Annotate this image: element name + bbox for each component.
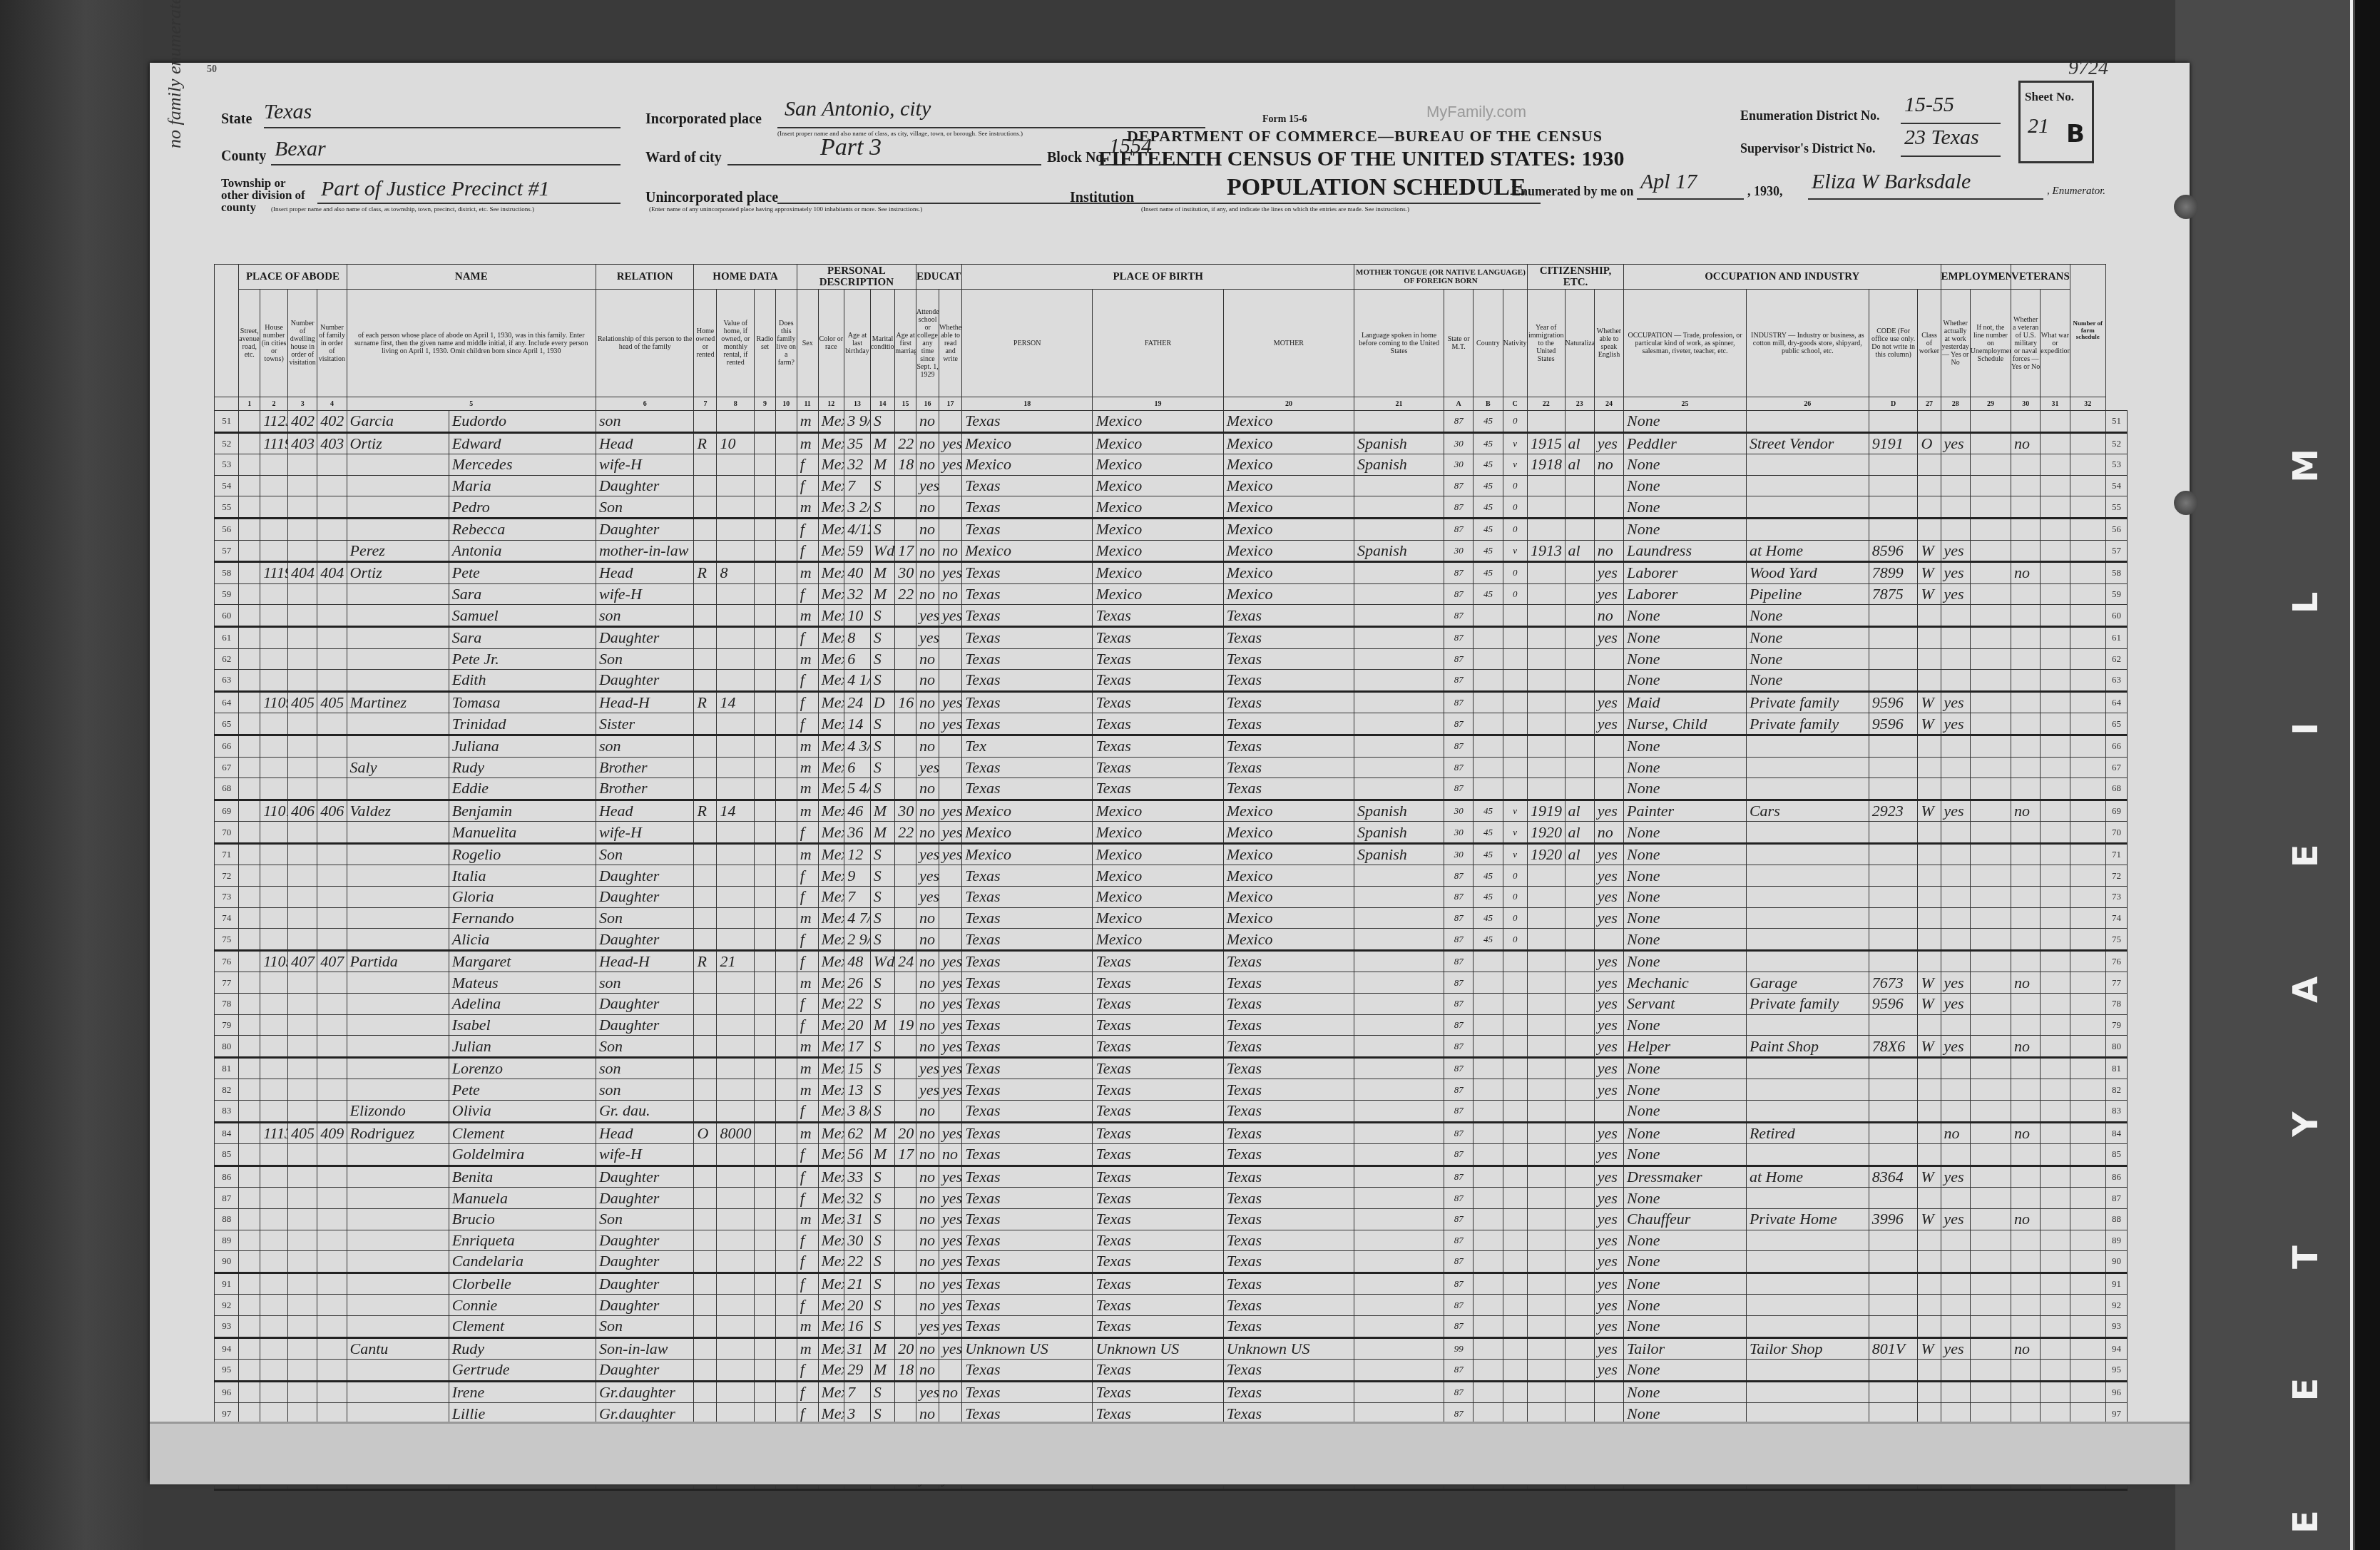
- cell-read: yes: [939, 1036, 962, 1058]
- cell-value: [717, 626, 755, 648]
- cell-b-person: Texas: [962, 907, 1093, 929]
- cell-family: [317, 907, 347, 929]
- cell-vet: [2011, 950, 2041, 972]
- line-number-right: 99: [2105, 1447, 2127, 1468]
- line-number: 56: [215, 518, 239, 540]
- cell-radio: [755, 735, 776, 757]
- cell-house: 1109: [260, 691, 288, 713]
- cell-first-marr: [895, 626, 916, 648]
- line-number: 72: [215, 865, 239, 887]
- cell-occupation: None: [1624, 1315, 1747, 1337]
- cell-house: [260, 648, 288, 670]
- cell-dwelling: [288, 994, 317, 1015]
- cell-english: yes: [1594, 1079, 1623, 1101]
- cell-house: [260, 1273, 288, 1295]
- cell-vet: [2011, 929, 2041, 951]
- cell-war: [2041, 822, 2070, 844]
- column-number: 22: [1527, 397, 1565, 411]
- cell-farm: [775, 1014, 797, 1036]
- line-number-right: 56: [2105, 518, 2127, 540]
- cell-read: [939, 670, 962, 692]
- watermark: MyFamily.com: [1426, 103, 1526, 121]
- cell-cC: [1503, 670, 1527, 692]
- enumerated-date: Apl 17: [1640, 170, 1697, 194]
- entries-b: Cols. 21, 22, and 23—For all foreign-bor…: [1954, 1431, 2154, 1463]
- cell-b-mother: Texas: [1223, 1403, 1354, 1425]
- cell-read: no: [939, 1144, 962, 1166]
- cell-tongue: [1354, 1166, 1444, 1188]
- cell-given: Margaret: [449, 950, 596, 972]
- cell-age: 4/12: [844, 518, 871, 540]
- cell-b-father: Mexico: [1093, 562, 1223, 584]
- cell-cC: [1503, 1381, 1527, 1403]
- cell-given: Enriqueta: [449, 1230, 596, 1251]
- cell-b-father: Texas: [1093, 950, 1223, 972]
- cell-cB: [1474, 605, 1503, 627]
- cell-b-mother: Texas: [1223, 713, 1354, 735]
- cell-work: [1941, 822, 1970, 844]
- cell-vet: [2011, 1014, 2041, 1036]
- cell-first-marr: 17: [895, 540, 916, 562]
- cell-work: yes: [1941, 540, 1970, 562]
- line-number: 61: [215, 626, 239, 648]
- cell-unemp: [1970, 1036, 2011, 1058]
- cell-cC: [1503, 1101, 1527, 1123]
- cell-race: Mex: [818, 562, 844, 584]
- cell-war: [2041, 1122, 2070, 1144]
- cell-occupation: None: [1624, 1360, 1747, 1382]
- cell-farm: [775, 1188, 797, 1209]
- cell-first-marr: 16: [895, 691, 916, 713]
- cell-surname: [347, 1036, 449, 1058]
- cell-cC: [1503, 1166, 1527, 1188]
- cell-nat: [1565, 1057, 1594, 1079]
- cell-b-father: Texas: [1093, 994, 1223, 1015]
- cell-work: yes: [1941, 1036, 1970, 1058]
- cell-age: 15: [844, 1057, 871, 1079]
- cell-given: Ruben: [449, 1468, 596, 1490]
- cell-cB: [1474, 1230, 1503, 1251]
- cell-code-d: [1869, 735, 1918, 757]
- cell-race: Mex: [818, 1188, 844, 1209]
- cell-family: [317, 1447, 347, 1468]
- cell-given: Edward: [449, 432, 596, 454]
- cell-cC: [1503, 1122, 1527, 1144]
- cell-read: [939, 626, 962, 648]
- cell-sex: m: [797, 496, 818, 519]
- cell-age: 62: [844, 1122, 871, 1144]
- cell-tongue: [1354, 757, 1444, 778]
- column-number: 23: [1565, 397, 1594, 411]
- cell-vet: [2011, 1166, 2041, 1188]
- township-hint: (Insert proper name and also name of cla…: [271, 205, 534, 213]
- cell-street: [239, 1403, 260, 1425]
- cell-code-d: 8364: [1869, 1166, 1918, 1188]
- footer-col11: Col. 11—Male ... M Female ... F: [613, 1464, 706, 1472]
- cell-occupation: None: [1624, 648, 1747, 670]
- cell-occupation: None: [1624, 929, 1747, 951]
- column-number: 15: [895, 397, 916, 411]
- cell-cC: v: [1503, 432, 1527, 454]
- cell-cls: W: [1918, 972, 1941, 994]
- cell-unemp: [1970, 950, 2011, 972]
- cell-cB: [1474, 1208, 1503, 1230]
- line-number: 86: [215, 1166, 239, 1188]
- cell-cB: [1474, 1315, 1503, 1337]
- cell-dwelling: [288, 735, 317, 757]
- cell-family: [317, 518, 347, 540]
- cell-surname: [347, 605, 449, 627]
- cell-radio: [755, 1036, 776, 1058]
- cell-value: [717, 1166, 755, 1188]
- cell-value: [717, 994, 755, 1015]
- cell-marital: S: [870, 843, 894, 865]
- cell-occupation: None: [1624, 778, 1747, 800]
- cell-own: [694, 540, 717, 562]
- cell-tongue: [1354, 865, 1444, 887]
- cell-marital: S: [870, 518, 894, 540]
- line-number-right: 52: [2105, 432, 2127, 454]
- cell-cA: 87: [1444, 1036, 1474, 1058]
- cell-sex: f: [797, 1403, 818, 1425]
- cell-radio: [755, 1166, 776, 1188]
- column-number: 16: [916, 397, 939, 411]
- cell-cB: [1474, 1251, 1503, 1273]
- cell-work: yes: [1941, 1337, 1970, 1360]
- cell-relation: Gr.daughter: [596, 1381, 693, 1403]
- column-number: 19: [1093, 397, 1223, 411]
- cell-vet: no: [2011, 800, 2041, 822]
- cell-read: yes: [939, 1014, 962, 1036]
- cell-b-person: Texas: [962, 1403, 1093, 1425]
- cell-farm: [775, 1403, 797, 1425]
- cell-english: no: [1594, 454, 1623, 476]
- cell-cls: [1918, 1057, 1941, 1079]
- cell-nat: [1565, 1381, 1594, 1403]
- cell-school: yes: [916, 1468, 939, 1490]
- column-number: 17: [939, 397, 962, 411]
- cell-value: [717, 1315, 755, 1337]
- cell-dwelling: [288, 843, 317, 865]
- cell-b-father: Texas: [1093, 1424, 1223, 1447]
- cell-english: yes: [1594, 1208, 1623, 1230]
- line-number-right: 58: [2105, 562, 2127, 584]
- cell-cls: [1918, 1403, 1941, 1425]
- col-street: Street, avenue, road, etc.: [239, 290, 260, 397]
- cell-dwelling: [288, 1273, 317, 1295]
- cell-b-father: Texas: [1093, 626, 1223, 648]
- cell-nat: [1565, 865, 1594, 887]
- cell-industry: [1746, 411, 1869, 433]
- cell-race: Mex: [818, 1036, 844, 1058]
- cell-cB: [1474, 1403, 1503, 1425]
- cell-marital: Wd: [870, 950, 894, 972]
- cell-cls: [1918, 1188, 1941, 1209]
- col-owned: Home owned or rented: [694, 290, 717, 397]
- cell-war: [2041, 713, 2070, 735]
- cell-value: [717, 972, 755, 994]
- cell-value: 8: [717, 562, 755, 584]
- cell-unemp: [1970, 1057, 2011, 1079]
- cell-marital: S: [870, 1036, 894, 1058]
- cell-imm: [1527, 411, 1565, 433]
- cell-vet: no: [2011, 432, 2041, 454]
- cell-read: no: [939, 540, 962, 562]
- cell-nat: [1565, 583, 1594, 605]
- table-row: 75AliciaDaughterfMex2 9/12SnoTexasMexico…: [215, 929, 2128, 951]
- cell-relation: Son: [596, 907, 693, 929]
- cell-b-mother: Texas: [1223, 626, 1354, 648]
- cell-sex: f: [797, 670, 818, 692]
- line-number: 53: [215, 454, 239, 476]
- cell-farm-no: [2070, 1403, 2105, 1425]
- cell-value: [717, 1144, 755, 1166]
- cell-value: [717, 865, 755, 887]
- cell-surname: Valdez: [347, 800, 449, 822]
- cell-farm-no: [2070, 713, 2105, 735]
- line-number-right: 87: [2105, 1188, 2127, 1209]
- cell-unemp: [1970, 865, 2011, 887]
- cell-b-father: Mexico: [1093, 929, 1223, 951]
- cell-nat: [1565, 1101, 1594, 1123]
- cell-radio: [755, 800, 776, 822]
- printer-mark: 11—8907 U.S. GOVERNMENT PRINTING OFFICE: [1105, 1472, 1319, 1479]
- cell-b-mother: Texas: [1223, 1014, 1354, 1036]
- cell-cB: [1474, 1036, 1503, 1058]
- cell-family: [317, 1381, 347, 1403]
- cell-street: [239, 843, 260, 865]
- cell-industry: [1746, 929, 1869, 951]
- cell-vet: [2011, 1295, 2041, 1316]
- line-number-right: 51: [2105, 411, 2127, 433]
- cell-b-father: Mexico: [1093, 518, 1223, 540]
- cell-industry: [1746, 1101, 1869, 1123]
- cell-cB: [1474, 1447, 1503, 1468]
- sheet-side: B: [2066, 120, 2085, 148]
- table-row: 56RebeccaDaughterfMex4/12SnoTexasMexicoM…: [215, 518, 2128, 540]
- cell-farm: [775, 562, 797, 584]
- cell-given: Juliana: [449, 735, 596, 757]
- cell-farm-no: [2070, 1360, 2105, 1382]
- cell-industry: [1746, 1014, 1869, 1036]
- cell-house: [260, 865, 288, 887]
- cell-first-marr: 20: [895, 1122, 916, 1144]
- cell-cB: [1474, 1188, 1503, 1209]
- film-margin-right: [2175, 0, 2380, 1550]
- cell-cls: [1918, 1295, 1941, 1316]
- cell-surname: [347, 1360, 449, 1382]
- cell-occupation: None: [1624, 518, 1747, 540]
- table-row: 79IsabelDaughterfMex20M19noyesTexasTexas…: [215, 1014, 2128, 1036]
- cell-dwelling: [288, 778, 317, 800]
- cell-school: no: [916, 713, 939, 735]
- cell-occupation: None: [1624, 757, 1747, 778]
- cell-cB: 45: [1474, 800, 1503, 822]
- cell-dwelling: 404: [288, 562, 317, 584]
- table-row: 99PabloGrandsonmMex13SyesyesTexasTexasTe…: [215, 1447, 2128, 1468]
- cell-war: [2041, 1315, 2070, 1337]
- cell-nat: [1565, 994, 1594, 1015]
- cell-race: Mex: [818, 432, 844, 454]
- cell-read: [939, 887, 962, 908]
- cell-first-marr: 22: [895, 583, 916, 605]
- cell-street: [239, 454, 260, 476]
- cell-surname: [347, 1057, 449, 1079]
- cell-cB: [1474, 1360, 1503, 1382]
- column-number: 25: [1624, 397, 1747, 411]
- col-farm-schedule: Number of farm schedule: [2070, 265, 2105, 397]
- cell-vet: [2011, 1188, 2041, 1209]
- cell-war: [2041, 518, 2070, 540]
- cell-b-father: Texas: [1093, 605, 1223, 627]
- cell-house: [260, 518, 288, 540]
- cell-read: [939, 757, 962, 778]
- table-row: 94CantuRudySon-in-lawmMex31M20noyesUnkno…: [215, 1337, 2128, 1360]
- cell-cls: [1918, 1122, 1941, 1144]
- cell-b-mother: Texas: [1223, 1251, 1354, 1273]
- cell-race: Mex: [818, 1424, 844, 1447]
- cell-house: [260, 843, 288, 865]
- cell-industry: None: [1746, 626, 1869, 648]
- cell-b-mother: Texas: [1223, 1101, 1354, 1123]
- cell-school: no: [916, 583, 939, 605]
- cell-unemp: [1970, 907, 2011, 929]
- cell-imm: [1527, 1315, 1565, 1337]
- cell-first-marr: [895, 1101, 916, 1123]
- cell-code-d: 3996: [1869, 1208, 1918, 1230]
- cell-industry: Retired: [1746, 1122, 1869, 1144]
- cell-first-marr: 30: [895, 800, 916, 822]
- cell-street: [239, 1424, 260, 1447]
- cell-cB: [1474, 1122, 1503, 1144]
- column-number: 8: [717, 397, 755, 411]
- cell-radio: [755, 1144, 776, 1166]
- cell-family: [317, 1188, 347, 1209]
- cell-b-father: Mexico: [1093, 907, 1223, 929]
- cell-farm-no: [2070, 1337, 2105, 1360]
- cell-first-marr: [895, 1447, 916, 1468]
- cell-marital: S: [870, 1230, 894, 1251]
- cell-industry: Paint Shop: [1746, 1036, 1869, 1058]
- cell-vet: [2011, 540, 2041, 562]
- cell-school: no: [916, 670, 939, 692]
- cell-unemp: [1970, 1424, 2011, 1447]
- cell-relation: Daughter: [596, 994, 693, 1015]
- cell-sex: m: [797, 735, 818, 757]
- cell-surname: [347, 1447, 449, 1468]
- cell-industry: [1746, 950, 1869, 972]
- cell-first-marr: [895, 1295, 916, 1316]
- cell-vet: [2011, 1381, 2041, 1403]
- cell-farm: [775, 1144, 797, 1166]
- cell-farm-no: [2070, 865, 2105, 887]
- cell-house: [260, 822, 288, 844]
- cell-own: [694, 907, 717, 929]
- cell-race: Mex: [818, 1101, 844, 1123]
- cell-industry: [1746, 1079, 1869, 1101]
- cell-farm: [775, 454, 797, 476]
- cell-dwelling: [288, 518, 317, 540]
- col-industry: INDUSTRY — Industry or business, as cott…: [1746, 290, 1869, 397]
- cell-imm: [1527, 1447, 1565, 1468]
- column-number: 20: [1223, 397, 1354, 411]
- cell-b-person: Texas: [962, 1036, 1093, 1058]
- cell-nat: [1565, 1468, 1594, 1490]
- cell-cB: 45: [1474, 822, 1503, 844]
- cell-surname: [347, 713, 449, 735]
- line-number: 84: [215, 1122, 239, 1144]
- cell-cls: [1918, 454, 1941, 476]
- footer-col14: Col. 14—Single ... S Married ... M Widow…: [909, 1431, 1009, 1447]
- cell-first-marr: 17: [895, 1144, 916, 1166]
- cell-family: [317, 1208, 347, 1230]
- cell-age: 13: [844, 1079, 871, 1101]
- cell-radio: [755, 518, 776, 540]
- line-number: 95: [215, 1360, 239, 1382]
- cell-value: [717, 583, 755, 605]
- cell-race: Mex: [818, 972, 844, 994]
- cell-cls: [1918, 887, 1941, 908]
- cell-family: [317, 454, 347, 476]
- cell-relation: Gr. dau.: [596, 1101, 693, 1123]
- cell-house: [260, 1144, 288, 1166]
- punch-hole: [2174, 491, 2198, 515]
- table-row: 81LorenzosonmMex15SyesyesTexasTexasTexas…: [215, 1057, 2128, 1079]
- cell-industry: None: [1746, 670, 1869, 692]
- footer-col27: Col. 27—Employer ... E Wage or salary wo…: [1123, 1431, 1287, 1455]
- cell-industry: [1746, 454, 1869, 476]
- line-number-right: 82: [2105, 1079, 2127, 1101]
- cell-cls: W: [1918, 713, 1941, 735]
- cell-value: [717, 1295, 755, 1316]
- cell-radio: [755, 1468, 776, 1490]
- col-race: Color or race: [818, 290, 844, 397]
- cell-vet: no: [2011, 562, 2041, 584]
- cell-given: Eddie: [449, 778, 596, 800]
- cell-read: [939, 648, 962, 670]
- cell-house: [260, 735, 288, 757]
- cell-cls: [1918, 1144, 1941, 1166]
- cell-b-father: Texas: [1093, 1101, 1223, 1123]
- cell-age: 31: [844, 1208, 871, 1230]
- cell-house: [260, 626, 288, 648]
- cell-farm-no: [2070, 518, 2105, 540]
- cell-dwelling: [288, 1360, 317, 1382]
- cell-family: [317, 583, 347, 605]
- cell-nat: [1565, 1337, 1594, 1360]
- cell-code-d: 9596: [1869, 713, 1918, 735]
- cell-own: [694, 648, 717, 670]
- cell-given: Manuela: [449, 1188, 596, 1209]
- cell-farm-no: [2070, 757, 2105, 778]
- cell-nat: [1565, 1315, 1594, 1337]
- cell-farm: [775, 972, 797, 994]
- col-birth-mother: MOTHER: [1223, 290, 1354, 397]
- cell-race: Mex: [818, 583, 844, 605]
- cell-nat: [1565, 1424, 1594, 1447]
- cell-radio: [755, 843, 776, 865]
- cell-cls: [1918, 496, 1941, 519]
- cell-dwelling: [288, 757, 317, 778]
- cell-first-marr: [895, 1315, 916, 1337]
- cell-cA: 30: [1444, 540, 1474, 562]
- cell-english: yes: [1594, 887, 1623, 908]
- cell-race: Mex: [818, 907, 844, 929]
- cell-war: [2041, 1208, 2070, 1230]
- cell-nat: [1565, 1273, 1594, 1295]
- cell-given: Benjamin: [449, 800, 596, 822]
- cell-vet: [2011, 1273, 2041, 1295]
